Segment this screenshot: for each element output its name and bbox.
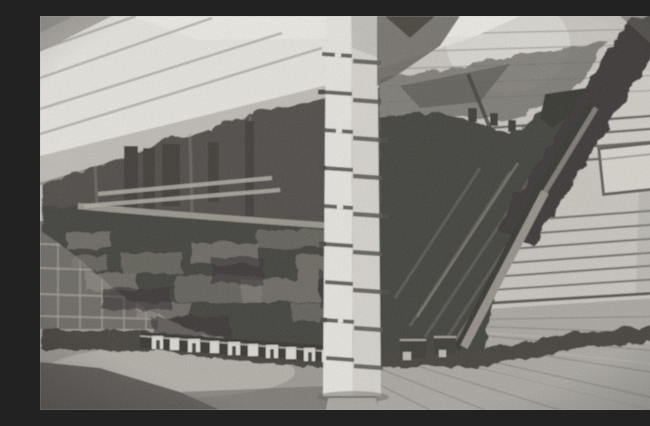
ship-photograph [40,16,650,410]
vignette-overlay [40,16,650,410]
photo-canvas [40,16,650,410]
